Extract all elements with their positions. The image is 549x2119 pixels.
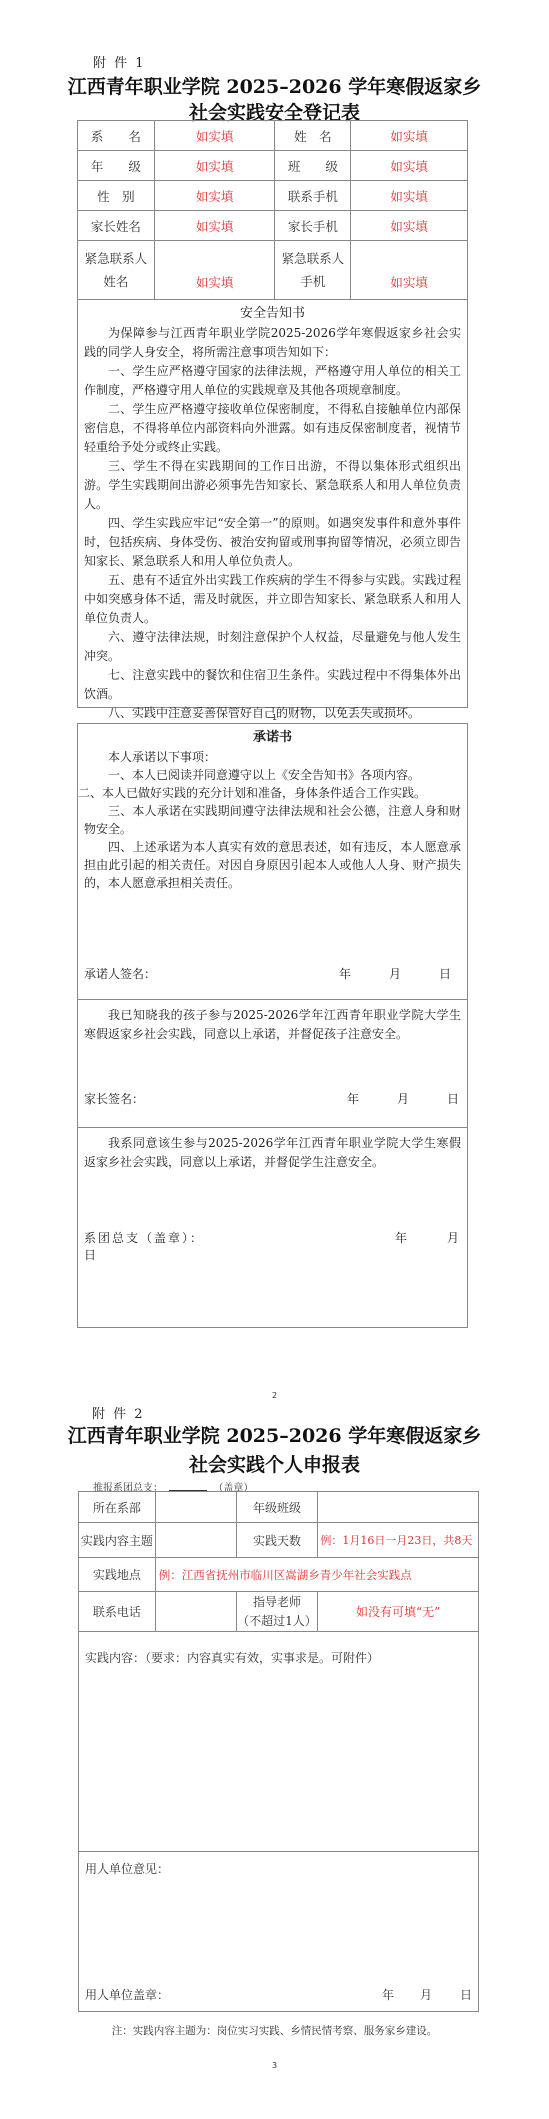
date-month: 月 — [397, 1090, 409, 1107]
grade-field[interactable]: 如实填 — [154, 151, 275, 181]
divider — [78, 1127, 467, 1128]
form-row-opinion: 用人单位意见： 用人单位盖章： 年月日 — [79, 1852, 479, 2012]
teacher-field[interactable]: 如没有可填“无” — [318, 1592, 479, 1632]
emergency-name-label-line2: 姓名 — [78, 270, 154, 293]
phone-label: 联系手机 — [275, 181, 351, 211]
gender-label: 性 别 — [78, 181, 155, 211]
form-row: 系 名 如实填 姓 名 如实填 — [78, 121, 468, 151]
parent-phone-label: 家长手机 — [275, 211, 351, 241]
practice-content-label: 实践内容：（要求：内容真实有效，实事求是。可附件） — [85, 1651, 379, 1665]
practice-content-field[interactable]: 实践内容：（要求：内容真实有效，实事求是。可附件） — [79, 1632, 479, 1852]
application-form-table: 所在系部 年级班级 实践内容主题 实践天数 例：1月16日一月23日，共8天 实… — [78, 1491, 479, 2012]
theme-label: 实践内容主题 — [79, 1523, 156, 1558]
emergency-name-label-line1: 紧急联系人 — [78, 247, 154, 270]
department-consent-section: 我系同意该生参与2025-2026学年江西青年职业学院大学生寒假返家乡社会实践，… — [84, 1134, 461, 1172]
date-year: 年 — [347, 1090, 359, 1107]
employer-opinion-label: 用人单位意见： — [85, 1860, 472, 1877]
emergency-phone-field[interactable]: 如实填 — [351, 241, 468, 300]
grade-class-label: 年级班级 — [236, 1492, 318, 1523]
notice-paragraph: 五、患有不适宜外出实践工作疾病的学生不得参与实践。实践过程中如突感身体不适，需及… — [84, 571, 461, 628]
pledge-form-box: 承诺书 本人承诺以下事项： 一、本人已阅读并同意遵守以上《安全告知书》各项内容。… — [77, 723, 468, 1328]
department-field[interactable] — [155, 1492, 236, 1523]
department-consent-text: 我系同意该生参与2025-2026学年江西青年职业学院大学生寒假返家乡社会实践，… — [84, 1134, 461, 1172]
attachment-label-1: 附 件 1 — [93, 52, 146, 71]
emergency-name-label: 紧急联系人 姓名 — [78, 241, 155, 300]
department-field[interactable]: 如实填 — [154, 121, 275, 151]
class-field[interactable]: 如实填 — [351, 151, 468, 181]
date-day: 日 — [460, 1988, 472, 2002]
emergency-name-field[interactable]: 如实填 — [154, 241, 275, 300]
parent-signature-row: 家长签名： 年月日 — [84, 1090, 461, 1107]
date-day: 日 — [447, 1090, 459, 1107]
page3-title-line1: 江西青年职业学院 2025–2026 学年寒假返家乡 — [0, 1421, 549, 1448]
location-field[interactable]: 例：江西省抚州市临川区嵩湖乡青少年社会实践点 — [155, 1558, 478, 1592]
pledge-item: 四、上述承诺为本人真实有效的意思表述，如有违反，本人愿意承担由此引起的相关责任。… — [84, 838, 461, 892]
parent-phone-field[interactable]: 如实填 — [351, 211, 468, 241]
department-label: 系 名 — [78, 121, 155, 151]
employer-seal-row: 用人单位盖章： 年月日 — [85, 1986, 472, 2003]
employer-date: 年月日 — [382, 1986, 472, 2003]
teacher-label: 指导老师 （不超过1人） — [236, 1592, 318, 1632]
date-year: 年 — [339, 965, 351, 982]
safety-notice-title: 安全告知书 — [84, 304, 461, 324]
theme-field[interactable] — [155, 1523, 236, 1558]
parent-consent-section: 我已知晓我的孩子参与2025-2026学年江西青年职业学院大学生寒假返家乡社会实… — [84, 1006, 461, 1044]
emergency-phone-label: 紧急联系人 手机 — [275, 241, 351, 300]
name-field[interactable]: 如实填 — [351, 121, 468, 151]
location-label: 实践地点 — [79, 1558, 156, 1592]
class-label: 班 级 — [275, 151, 351, 181]
department-label: 所在系部 — [79, 1492, 156, 1523]
parent-signature-label: 家长签名： — [84, 1092, 144, 1106]
employer-seal-label: 用人单位盖章： — [85, 1988, 169, 2002]
form-row: 家长姓名 如实填 家长手机 如实填 — [78, 211, 468, 241]
notice-paragraph: 四、学生实践应牢记“安全第一”的原则。如遇突发事件和意外事件时，包括疾病、身体受… — [84, 514, 461, 571]
days-field[interactable]: 例：1月16日一月23日，共8天 — [318, 1523, 479, 1558]
date-day: 日 — [84, 1246, 461, 1263]
pledger-signature-label: 承诺人签名： — [84, 967, 156, 981]
parent-name-field[interactable]: 如实填 — [154, 211, 275, 241]
safety-notice-section: 安全告知书 为保障参与江西青年职业学院2025-2026学年寒假返家乡社会实践的… — [77, 300, 468, 708]
parent-name-label: 家长姓名 — [78, 211, 155, 241]
pledge-intro: 本人承诺以下事项： — [84, 748, 461, 766]
form-row-emergency: 紧急联系人 姓名 如实填 紧急联系人 手机 如实填 — [78, 241, 468, 300]
date-day: 日 — [439, 965, 451, 982]
emergency-phone-label-line1: 紧急联系人 — [275, 247, 350, 270]
form-row: 实践地点 例：江西省抚州市临川区嵩湖乡青少年社会实践点 — [79, 1558, 479, 1592]
grade-label: 年 级 — [78, 151, 155, 181]
parent-date: 年月日 — [309, 1090, 461, 1107]
pledge-item: 三、本人承诺在实践期间遵守法律法规和社会公德，注意人身和财物安全。 — [84, 802, 461, 838]
teacher-label-line2: （不超过1人） — [237, 1612, 318, 1631]
notice-paragraph: 七、注意实践中的餐饮和住宿卫生条件。实践过程中不得集体外出饮酒。 — [84, 666, 461, 704]
page-title-line1: 江西青年职业学院 2025–2026 学年寒假返家乡 — [0, 72, 549, 99]
name-label: 姓 名 — [275, 121, 351, 151]
divider — [78, 999, 467, 1000]
gender-field[interactable]: 如实填 — [154, 181, 275, 211]
notice-paragraph: 三、学生不得在实践期间的工作日出游，不得以集体形式组织出游。学生实践期间出游必须… — [84, 457, 461, 514]
form-row: 所在系部 年级班级 — [79, 1492, 479, 1523]
notice-paragraph: 六、遵守法律法规，时刻注意保护个人权益，尽量避免与他人发生冲突。 — [84, 628, 461, 666]
form-row: 联系电话 指导老师 （不超过1人） 如没有可填“无” — [79, 1592, 479, 1632]
parent-consent-text: 我已知晓我的孩子参与2025-2026学年江西青年职业学院大学生寒假返家乡社会实… — [84, 1006, 461, 1044]
page-number-3: 3 — [0, 2061, 549, 2070]
notice-paragraph: 二、学生应严格遵守接收单位保密制度，不得私自接触单位内部保密信息，不得将单位内部… — [84, 400, 461, 457]
form-row: 年 级 如实填 班 级 如实填 — [78, 151, 468, 181]
page-number-2: 2 — [0, 1391, 549, 1400]
pledge-date: 年月日 — [301, 965, 461, 982]
days-label: 实践天数 — [236, 1523, 318, 1558]
contact-phone-label: 联系电话 — [79, 1592, 156, 1632]
date-month: 月 — [420, 1988, 432, 2002]
page-number-1: 1 — [0, 713, 549, 722]
department-signature-row: 系团总支（盖章）： 年月 日 — [84, 1229, 461, 1263]
grade-class-field[interactable] — [318, 1492, 479, 1523]
notice-paragraph: 一、学生应严格遵守国家的法律法规，严格遵守用人单位的相关工作制度，严格遵守用人单… — [84, 362, 461, 400]
pledge-item: 二、本人已做好实践的充分计划和准备，身体条件适合工作实践。 — [78, 784, 461, 802]
contact-phone-field[interactable] — [155, 1592, 236, 1632]
footnote: 注：实践内容主题为：岗位实习实践、乡情民情考察、服务家乡建设。 — [0, 2023, 549, 2038]
department-date: 年月 — [357, 1229, 461, 1246]
form-row: 实践内容主题 实践天数 例：1月16日一月23日，共8天 — [79, 1523, 479, 1558]
date-year: 年 — [382, 1988, 394, 2002]
page3-title-line2: 社会实践个人申报表 — [0, 1450, 549, 1477]
notice-paragraph: 为保障参与江西青年职业学院2025-2026学年寒假返家乡社会实践的同学人身安全… — [84, 324, 461, 362]
pledge-signature-row: 承诺人签名： 年月日 — [84, 965, 461, 982]
emergency-phone-label-line2: 手机 — [275, 270, 350, 293]
teacher-label-line1: 指导老师 — [237, 1593, 318, 1612]
pledge-item: 一、本人已阅读并同意遵守以上《安全告知书》各项内容。 — [84, 766, 461, 784]
employer-opinion-field[interactable]: 用人单位意见： 用人单位盖章： 年月日 — [79, 1852, 479, 2012]
pledge-section: 承诺书 本人承诺以下事项： 一、本人已阅读并同意遵守以上《安全告知书》各项内容。… — [84, 728, 461, 892]
date-month: 月 — [447, 1229, 461, 1246]
pledge-title: 承诺书 — [84, 728, 461, 748]
phone-field[interactable]: 如实填 — [351, 181, 468, 211]
form-row-content: 实践内容：（要求：内容真实有效，实事求是。可附件） — [79, 1632, 479, 1852]
department-seal-label: 系团总支（盖章）： — [84, 1231, 204, 1245]
attachment-label-2: 附 件 2 — [92, 1403, 145, 1422]
form-row: 性 别 如实填 联系手机 如实填 — [78, 181, 468, 211]
date-year: 年 — [395, 1229, 409, 1246]
registration-form-table: 系 名 如实填 姓 名 如实填 年 级 如实填 班 级 如实填 性 别 如实填 … — [77, 120, 468, 300]
date-month: 月 — [389, 965, 401, 982]
